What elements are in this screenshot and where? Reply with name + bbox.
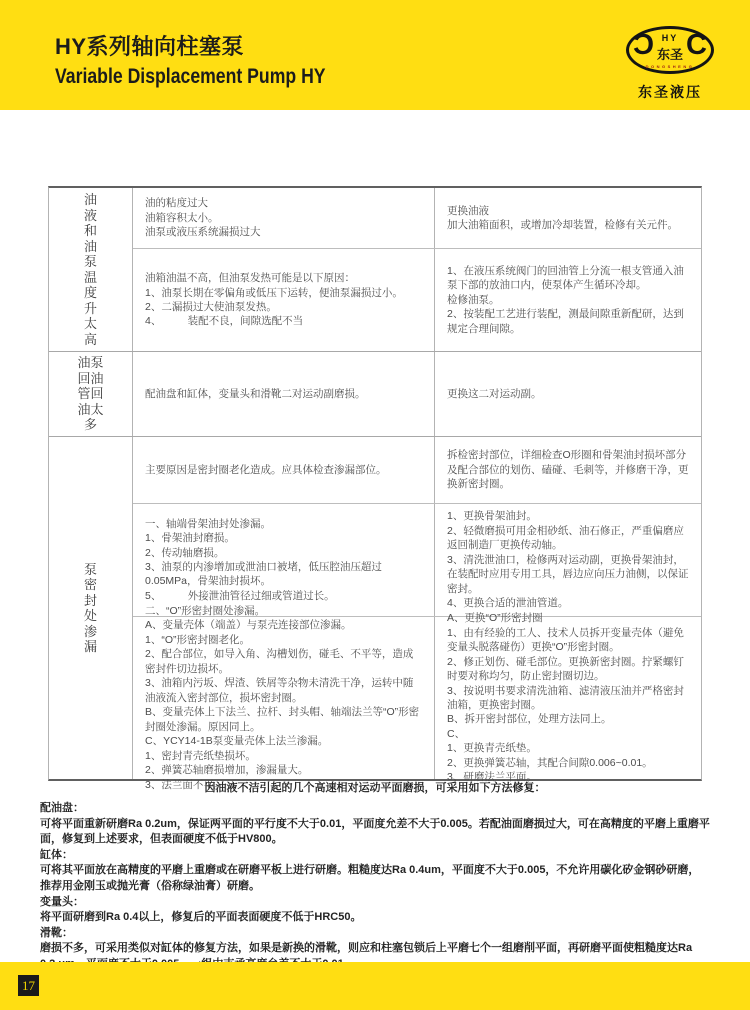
footer-bar: 17	[0, 962, 750, 1010]
repair-item: 配油盘： 可将平面重新研磨Ra 0.2um，保证两平面的平行度不大于0.01，平…	[40, 801, 710, 848]
row-label-cell: 油泵回油管回油太多	[49, 352, 133, 436]
repair-title: 因油液不洁引起的几个高速相对运动平面磨损，可采用如下方法修复：	[40, 779, 710, 795]
cause-cell: 油箱油温不高，但油泵发热可能是以下原因： 1、油泵长期在零偏角或低压下运转，便油…	[133, 249, 435, 351]
repair-item: 变量头： 将平面研磨到Ra 0.4以上，修复后的平面表面硬度不低于HRC50。	[40, 895, 710, 926]
remedy-cell: 更换油液 加大油箱面积，或增加冷却装置，检修有关元件。	[435, 188, 701, 248]
repair-item-text: 将平面研磨到Ra 0.4以上，修复后的平面表面硬度不低于HRC50。	[40, 910, 710, 926]
logo-caption: 东圣液压	[622, 82, 718, 102]
repair-item-label: 滑靴：	[40, 926, 710, 942]
table-subrow: 配油盘和缸体，变量头和滑靴二对运动副磨损。 更换这二对运动副。	[133, 352, 701, 436]
table-subrow: 二、“O”形密封圈处渗漏。 A、变量壳体（端盖）与泵壳连接部位渗漏。 1、“O”…	[133, 616, 701, 779]
logo-name-en: DONGSHENG	[629, 64, 711, 69]
brand-logo: C C HY 东圣 DONGSHENG	[626, 26, 714, 74]
page-title-en: Variable Displacement Pump HY	[55, 65, 326, 89]
repair-item-text: 可将其平面放在高精度的平磨上重磨或在研磨平板上进行研磨。粗糙度达Ra 0.4um…	[40, 863, 710, 894]
row-subrows: 主要原因是密封圈老化造成。应具体检查渗漏部位。 拆检密封部位，详细检查O形圈和骨…	[133, 437, 701, 779]
page-title-zh: HY系列轴向柱塞泵	[55, 30, 377, 61]
remedy-cell: A、更换“O”形密封圈 1、由有经验的工人、技术人员拆开变量壳体（避免变量头脱落…	[435, 617, 701, 779]
table-subrow: 油的粘度过大 油箱容积太小。 油泵或液压系统漏损过大 更换油液 加大油箱面积，或…	[133, 188, 701, 248]
table-row: 油泵回油管回油太多 配油盘和缸体，变量头和滑靴二对运动副磨损。 更换这二对运动副…	[49, 351, 701, 436]
repair-item: 缸体： 可将其平面放在高精度的平磨上重磨或在研磨平板上进行研磨。粗糙度达Ra 0…	[40, 848, 710, 895]
manual-page: HY系列轴向柱塞泵 Variable Displacement Pump HY …	[0, 0, 750, 1010]
repair-methods-section: 因油液不洁引起的几个高速相对运动平面磨损，可采用如下方法修复： 配油盘： 可将平…	[40, 779, 710, 973]
repair-item-label: 缸体：	[40, 848, 710, 864]
remedy-cell: 1、在液压系统阀门的回油管上分流一根支管通入油泵下部的放油口内，使泵体产生循环冷…	[435, 249, 701, 351]
row-label-cell: 油液和油泵温度升太高	[49, 188, 133, 351]
row-label-cell: 泵密封处渗漏	[49, 437, 133, 779]
table-subrow: 主要原因是密封圈老化造成。应具体检查渗漏部位。 拆检密封部位，详细检查O形圈和骨…	[133, 437, 701, 503]
cause-text: 配油盘和缸体，变量头和滑靴二对运动副磨损。	[145, 387, 366, 401]
page-header: HY系列轴向柱塞泵 Variable Displacement Pump HY …	[0, 0, 750, 110]
cause-text: 二、“O”形密封圈处渗漏。 A、变量壳体（端盖）与泵壳连接部位渗漏。 1、“O”…	[145, 604, 422, 792]
row-label: 泵密封处渗漏	[84, 562, 98, 655]
cause-text: 油箱油温不高，但油泵发热可能是以下原因： 1、油泵长期在零偏角或低压下运转，便油…	[145, 271, 403, 329]
remedy-cell: 1、更换骨架油封。 2、轻微磨损可用金相砂纸、油石修正，严重偏磨应返回制造厂更换…	[435, 504, 701, 616]
remedy-cell: 拆检密封部位，详细检查O形圈和骨架油封损坏部分及配合部位的划伤、磕碰、毛刺等，并…	[435, 437, 701, 503]
remedy-text: 拆检密封部位，详细检查O形圈和骨架油封损坏部分及配合部位的划伤、磕碰、毛刺等，并…	[447, 448, 689, 491]
repair-item-text: 可将平面重新研磨Ra 0.2um，保证两平面的平行度不大于0.01，平面度允差不…	[40, 817, 710, 848]
remedy-text: 1、更换骨架油封。 2、轻微磨损可用金相砂纸、油石修正，严重偏磨应返回制造厂更换…	[447, 509, 689, 610]
row-label: 油泵回油管回油太多	[77, 355, 104, 433]
table-row: 泵密封处渗漏 主要原因是密封圈老化造成。应具体检查渗漏部位。 拆检密封部位，详细…	[49, 436, 701, 779]
cause-cell: 主要原因是密封圈老化造成。应具体检查渗漏部位。	[133, 437, 435, 503]
table-subrow: 油箱油温不高，但油泵发热可能是以下原因： 1、油泵长期在零偏角或低压下运转，便油…	[133, 248, 701, 351]
cause-text: 一、轴端骨架油封处渗漏。 1、骨架油封磨损。 2、传动轴磨损。 3、油泵的内渗增…	[145, 517, 422, 604]
logo-name-zh: 东圣	[629, 44, 711, 63]
troubleshooting-table: 油液和油泵温度升太高 油的粘度过大 油箱容积太小。 油泵或液压系统漏损过大 更换…	[48, 186, 702, 781]
table-row: 油液和油泵温度升太高 油的粘度过大 油箱容积太小。 油泵或液压系统漏损过大 更换…	[49, 188, 701, 351]
cause-cell: 油的粘度过大 油箱容积太小。 油泵或液压系统漏损过大	[133, 188, 435, 248]
row-subrows: 油的粘度过大 油箱容积太小。 油泵或液压系统漏损过大 更换油液 加大油箱面积，或…	[133, 188, 701, 351]
remedy-cell: 更换这二对运动副。	[435, 352, 701, 436]
remedy-text: 更换油液 加大油箱面积，或增加冷却装置，检修有关元件。	[447, 204, 678, 233]
page-number-badge: 17	[18, 975, 39, 996]
cause-text: 主要原因是密封圈老化造成。应具体检查渗漏部位。	[145, 463, 387, 477]
cause-cell: 配油盘和缸体，变量头和滑靴二对运动副磨损。	[133, 352, 435, 436]
remedy-text: 1、在液压系统阀门的回油管上分流一根支管通入油泵下部的放油口内，使泵体产生循环冷…	[447, 264, 689, 336]
title-block: HY系列轴向柱塞泵 Variable Displacement Pump HY	[55, 30, 377, 89]
repair-item-label: 变量头：	[40, 895, 710, 911]
remedy-text: A、更换“O”形密封圈 1、由有经验的工人、技术人员拆开变量壳体（避免变量头脱落…	[447, 611, 689, 785]
repair-item-label: 配油盘：	[40, 801, 710, 817]
table-subrow: 一、轴端骨架油封处渗漏。 1、骨架油封磨损。 2、传动轴磨损。 3、油泵的内渗增…	[133, 503, 701, 616]
row-subrows: 配油盘和缸体，变量头和滑靴二对运动副磨损。 更换这二对运动副。	[133, 352, 701, 436]
row-label: 油液和油泵温度升太高	[84, 192, 98, 347]
remedy-text: 更换这二对运动副。	[447, 387, 542, 401]
cause-cell: 二、“O”形密封圈处渗漏。 A、变量壳体（端盖）与泵壳连接部位渗漏。 1、“O”…	[133, 617, 435, 779]
cause-text: 油的粘度过大 油箱容积太小。 油泵或液压系统漏损过大	[145, 196, 261, 239]
cause-cell: 一、轴端骨架油封处渗漏。 1、骨架油封磨损。 2、传动轴磨损。 3、油泵的内渗增…	[133, 504, 435, 616]
logo-monogram: HY	[629, 33, 711, 43]
